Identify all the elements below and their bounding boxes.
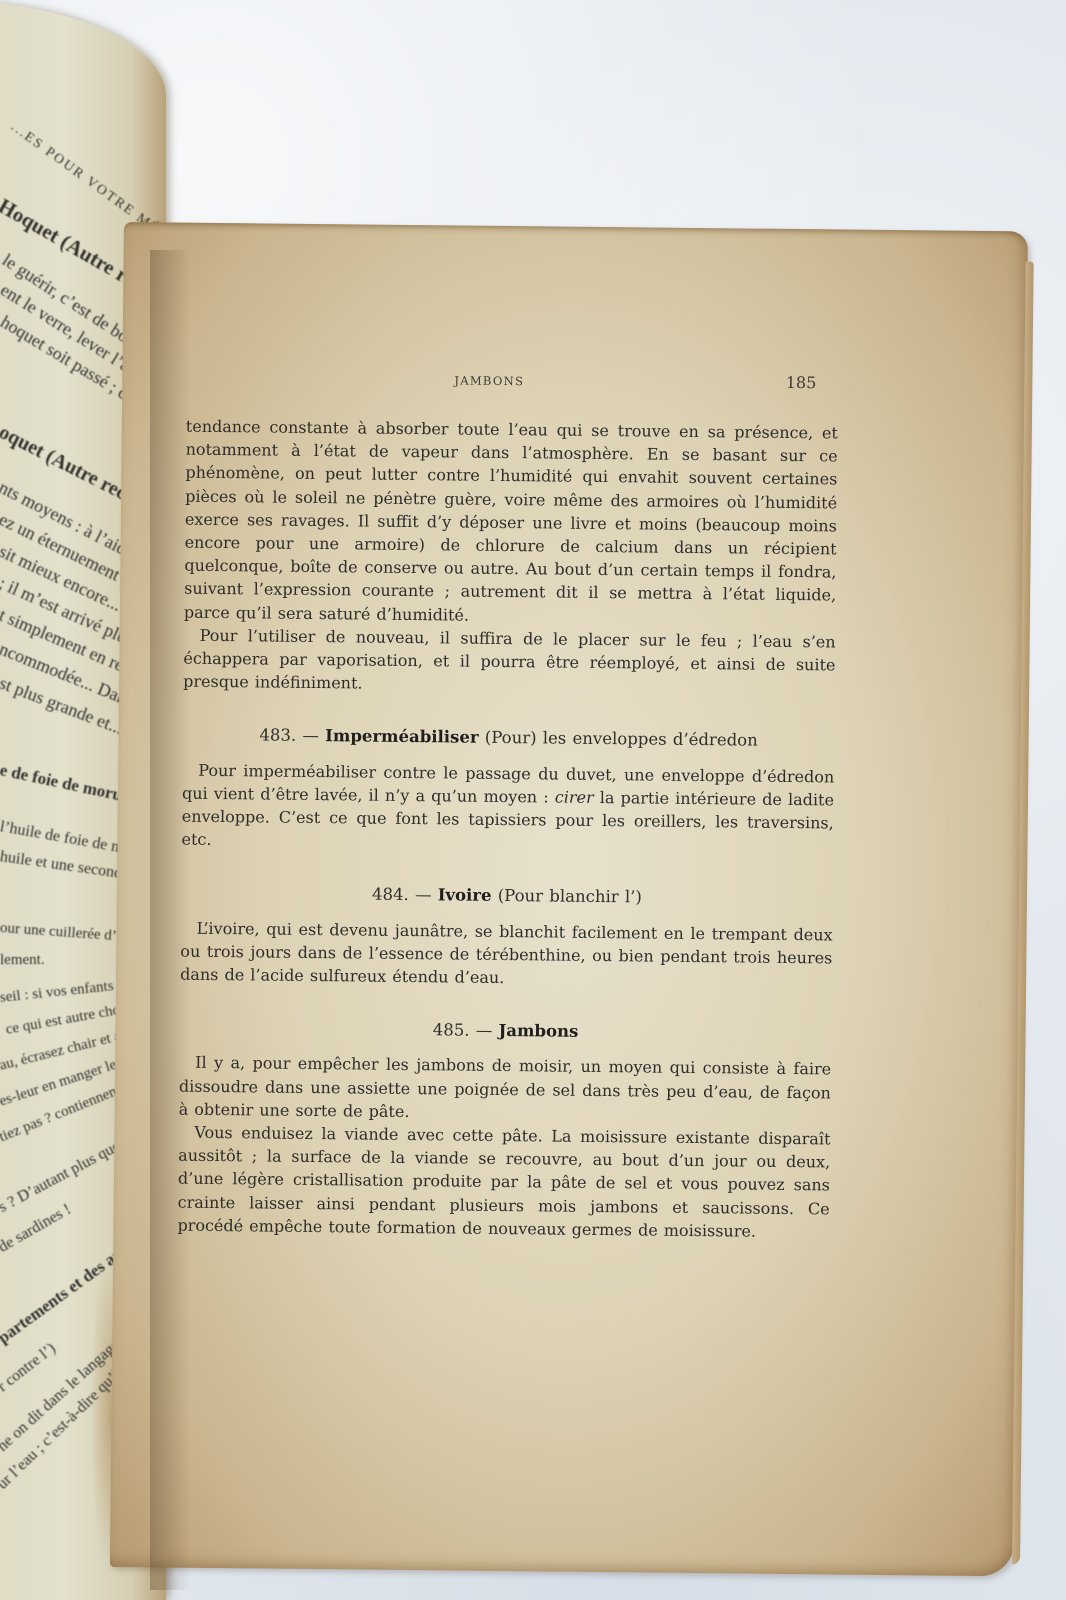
section-title-bold: Jambons: [498, 1021, 578, 1041]
running-head: JAMBONS: [454, 373, 524, 388]
italic-run: cirer: [555, 787, 594, 806]
paragraph: tendance constante à absorber toute l’ea…: [184, 415, 838, 631]
section-dash: —: [415, 886, 432, 905]
section-title-484: 484. — Ivoire (Pour blanchir l’): [181, 881, 833, 911]
left-line: r contre l’): [0, 1340, 59, 1396]
section-number: 484.: [372, 885, 409, 904]
section-title-rest: (Pour blanchir l’): [498, 886, 642, 907]
page-number: 185: [786, 373, 817, 392]
page-body: tendance constante à absorber toute l’ea…: [177, 415, 838, 1244]
page-stack-edge: [1012, 261, 1034, 1564]
paragraph: L’ivoire, qui est devenu jaunâtre, se bl…: [180, 916, 833, 992]
section-dash: —: [302, 726, 319, 745]
paragraph: Il y a, pour empêcher les jambons de moi…: [179, 1051, 832, 1127]
page-header: JAMBONS 185: [182, 367, 816, 393]
section-number: 483.: [259, 726, 296, 745]
left-line: lement.: [0, 952, 45, 969]
paragraph: Pour l’utiliser de nouveau, il suffira d…: [183, 623, 836, 699]
section-title-rest: (Pour) les enveloppes d’édredon: [485, 728, 758, 750]
section-title-483: 483. — Imperméabiliser (Pour) les envelo…: [183, 723, 835, 753]
left-line: e de foie de morue: [0, 760, 131, 807]
paragraph: Vous enduisez la viande avec cette pâte.…: [177, 1121, 830, 1244]
paragraph: Pour imperméabiliser contre le passage d…: [181, 758, 834, 858]
section-title-485: 485. — Jambons: [179, 1016, 831, 1046]
section-title-bold: Imperméabiliser: [325, 727, 479, 748]
section-number: 485.: [433, 1021, 470, 1040]
section-dash: —: [476, 1021, 493, 1040]
section-title-bold: Ivoire: [438, 886, 492, 906]
right-page: JAMBONS 185 tendance constante à absorbe…: [110, 222, 1028, 1576]
